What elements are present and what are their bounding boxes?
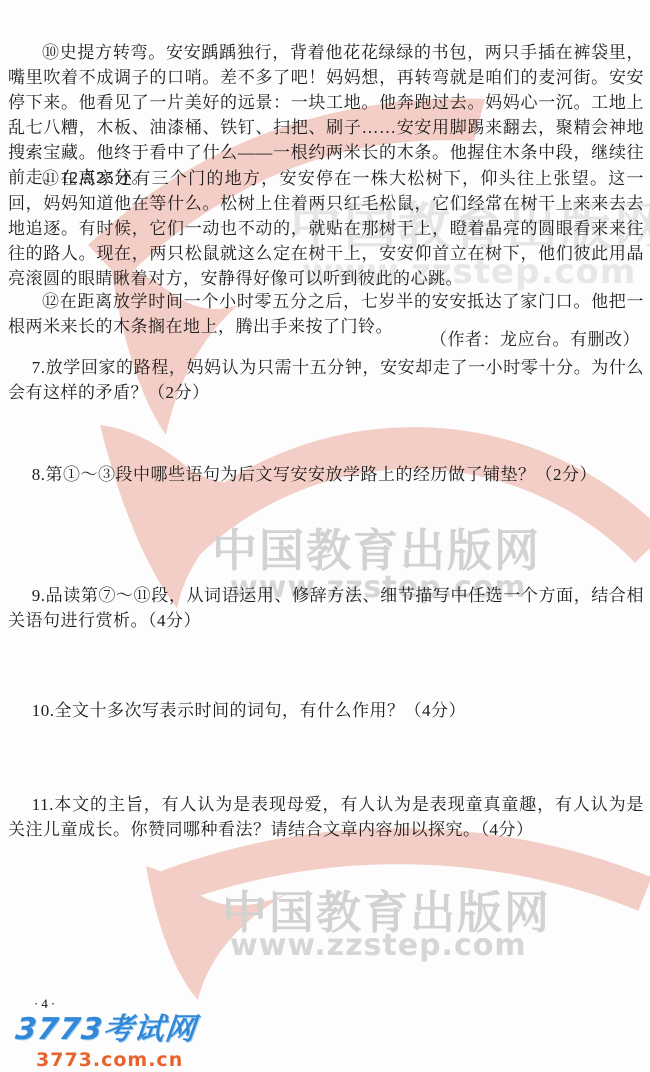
- article-paragraph: ⑪在离家还有三个门的地方，安安停在一株大松树下，仰头往上张望。这一回，妈妈知道他…: [8, 166, 644, 291]
- watermark-site-url: www.zzstep.com: [230, 928, 527, 963]
- author-attribution: （作者：龙应台。有删改）: [8, 327, 644, 352]
- scanned-exam-page: 中国教育出版网 www.zzstep.com 中国教育出版网 www.zzste…: [0, 0, 650, 1072]
- question-10: 10.全文十多次写表示时间的词句，有什么作用？（4分）: [8, 698, 644, 723]
- question-11: 11.本文的主旨，有人认为是表现母爱，有人认为是表现童真童趣，有人认为是关注儿童…: [8, 792, 644, 842]
- question-9: 9.品读第⑦～⑪段，从词语运用、修辞方法、细节描写中任选一个方面，结合相关语句进…: [8, 583, 644, 633]
- question-8: 8.第①～③段中哪些语句为后文写安安放学路上的经历做了铺垫？（2分）: [8, 462, 644, 487]
- question-7: 7.放学回家的路程，妈妈认为只需十五分钟，安安却走了一小时零十分。为什么会有这样…: [8, 355, 644, 405]
- site-logo[interactable]: 3773考试网 3773.com.cn: [16, 1004, 197, 1071]
- site-logo-url: 3773.com.cn: [36, 1049, 197, 1071]
- site-logo-name: 3773考试网: [14, 1004, 199, 1048]
